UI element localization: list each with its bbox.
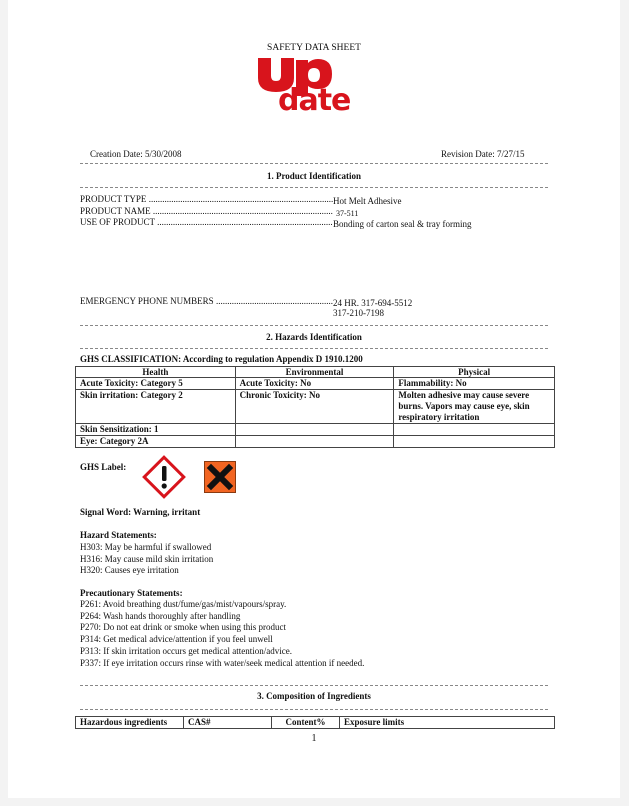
divider [80,163,548,164]
section-2-title: 2. Hazards Identification [8,332,620,342]
field-product-type: PRODUCT TYPEHot Melt Adhesive [80,194,402,206]
table-cell: Eye: Category 2A [76,436,236,448]
revision-date: Revision Date: 7/27/15 [441,149,525,159]
table-cell [394,424,555,436]
ingredients-table: Hazardous ingredients CAS# Content% Expo… [75,716,555,729]
divider [80,187,548,188]
field-emergency-phone: EMERGENCY PHONE NUMBERS24 HR. 317-694-55… [80,296,412,308]
column-header: Environmental [235,367,394,378]
hazard-classification-table: Health Environmental Physical Acute Toxi… [75,366,555,448]
irritant-x-pictogram-icon [204,461,236,493]
column-header: Physical [394,367,555,378]
table-row: Skin irritation: Category 2 Chronic Toxi… [76,390,555,424]
field-label: PRODUCT NAME [80,206,333,216]
precautionary-statements-list: P261: Avoid breathing dust/fume/gas/mist… [80,599,364,669]
field-value: Bonding of carton seal & tray forming [333,219,471,229]
precautionary-statement: P264: Wash hands thoroughly after handli… [80,611,364,623]
field-label: USE OF PRODUCT [80,217,333,227]
table-cell: Chronic Toxicity: No [235,390,394,424]
table-cell: Skin irritation: Category 2 [76,390,236,424]
table-row: Eye: Category 2A [76,436,555,448]
hazard-statements-heading: Hazard Statements: [80,530,157,540]
hazard-statement: H303: May be harmful if swallowed [80,542,213,554]
field-use-of-product: USE OF PRODUCTBonding of carton seal & t… [80,217,471,229]
divider [80,685,548,686]
table-header-row: Health Environmental Physical [76,367,555,378]
table-cell: Skin Sensitization: 1 [76,424,236,436]
exclamation-mark-pictogram-icon [141,454,187,500]
section-3-title: 3. Composition of Ingredients [8,691,620,701]
field-value: Hot Melt Adhesive [333,196,402,206]
ghs-label-heading: GHS Label: [80,462,126,472]
precautionary-statements-heading: Precautionary Statements: [80,588,183,598]
ghs-classification-heading: GHS CLASSIFICATION: According to regulat… [80,354,363,364]
table-row: Skin Sensitization: 1 [76,424,555,436]
field-value: 24 HR. 317-694-5512 [333,298,412,308]
column-header: Exposure limits [340,717,555,729]
update-logo: date [256,52,386,114]
column-header: Hazardous ingredients [76,717,184,729]
column-header: Content% [272,717,340,729]
column-header: Health [76,367,236,378]
table-cell: Acute Toxicity: Category 5 [76,378,236,390]
table-cell [235,424,394,436]
creation-date: Creation Date: 5/30/2008 [90,149,181,159]
precautionary-statement: P313: If skin irritation occurs get medi… [80,646,364,658]
table-row: Acute Toxicity: Category 5 Acute Toxicit… [76,378,555,390]
divider [80,325,548,326]
precautionary-statement: P270: Do not eat drink or smoke when usi… [80,622,364,634]
table-cell: Flammability: No [394,378,555,390]
hazard-statement: H320: Causes eye irritation [80,565,213,577]
section-1-title: 1. Product Identification [8,171,620,181]
table-header-row: Hazardous ingredients CAS# Content% Expo… [76,717,555,729]
field-label: EMERGENCY PHONE NUMBERS [80,296,333,306]
table-cell [235,436,394,448]
precautionary-statement: P337: If eye irritation occurs rinse wit… [80,658,364,670]
column-header: CAS# [184,717,272,729]
table-cell: Acute Toxicity: No [235,378,394,390]
field-emergency-phone-2: 317-210-7198 [333,308,384,318]
field-label: PRODUCT TYPE [80,194,333,204]
svg-text:date: date [278,83,350,114]
divider [80,348,548,349]
signal-word: Signal Word: Warning, irritant [80,507,200,517]
hazard-statements-list: H303: May be harmful if swallowed H316: … [80,542,213,577]
hazard-statement: H316: May cause mild skin irritation [80,554,213,566]
precautionary-statement: P314: Get medical advice/attention if yo… [80,634,364,646]
table-cell [394,436,555,448]
page-number: 1 [8,733,620,744]
document-page: SAFETY DATA SHEET date Creation Date: 5/… [8,0,620,798]
precautionary-statement: P261: Avoid breathing dust/fume/gas/mist… [80,599,364,611]
divider [80,709,548,710]
table-cell: Molten adhesive may cause severe burns. … [394,390,555,424]
